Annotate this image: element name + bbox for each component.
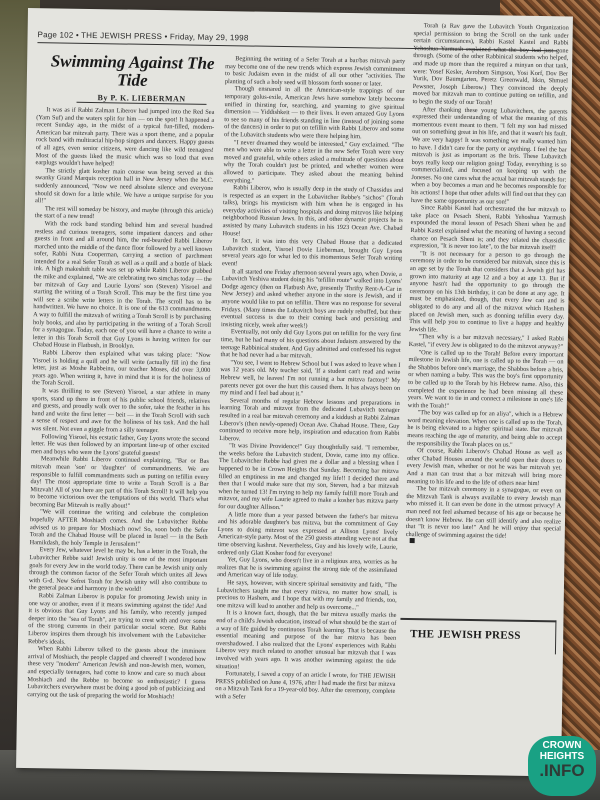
article-column-2: Beginning the writing of a Sefer Torah a… [215,55,405,703]
paragraph: Eventually, not only did Guy Lyons put o… [221,328,401,361]
watermark-line-1: CROWN [528,740,596,751]
article-column-1: It was as if Rabbi Zalman Liberov had ju… [27,106,214,701]
paragraph: It was thrilling to see (Steven) Yisroel… [31,387,210,435]
paragraph: Of course, Rabbi Liberov's Chabad House … [407,447,563,487]
paragraph: "The boy was called up for an aliya", wh… [407,409,563,449]
paragraph: "One is called up to the Torah! Before e… [408,349,564,412]
watermark-line-3: .INFO [528,762,596,780]
ad-box-title: THE JEWISH PRESS [410,628,521,642]
paragraph: Rabbi Liberov, who is usually deep in th… [222,184,403,240]
paragraph: Following Yisroel, his ecstatic father, … [31,433,209,459]
paragraph: Yet, Guy Lyons, who doesn't live in a re… [217,556,397,582]
paragraph: "It is not necessary for a person to go … [409,250,565,336]
paragraph: With the rock band standing behind him a… [33,220,213,352]
newspaper-page: Page 102 • THE JEWISH PRESS • Friday, Ma… [16,8,573,776]
paragraph: The strictly glatt kosher main course wa… [35,167,214,208]
paragraph: Since Rabbi Kastel had orchestrated the … [410,204,566,252]
paragraph: In fact, it was into this very Chabad Ho… [222,237,402,270]
jewish-press-ad-box: THE JEWISH PRESS [400,618,557,654]
paragraph: A little more than a year passed between… [217,511,398,559]
paragraph: When Rabbi Liberov talked to the guests … [27,645,206,701]
paragraph: "We will continue the writing and celebr… [30,509,209,550]
paragraph: "You see, I went to Hebrew School but I … [220,359,401,400]
paragraph: Several months of regular Hebrew lessons… [219,397,400,445]
article-headline: Swimming Against The Tide [45,52,221,91]
paragraph: "It was Divine Providence!" Guy thoughtf… [218,442,399,513]
crownheights-info-watermark: CROWN HEIGHTS .INFO [528,736,596,796]
paragraph: Torah (a Rav gave the Lubavitch Youth Or… [413,22,569,108]
paragraph: Beginning the writing of a Sefer Torah a… [225,55,405,88]
paragraph: Though ensnared in all the American-styl… [224,85,405,141]
paragraph: It is a known fact, though, that the bar… [216,609,397,673]
paragraph: "I never dreamed they would be intereste… [223,139,404,187]
article-byline: By P. K. LIEBERMAN [77,93,207,105]
paragraph: Fortunately, I saved a copy of an articl… [215,670,395,703]
paragraph: He says, however, with sincere spiritual… [217,579,397,612]
paragraph: Meanwhile Rabbi Liberov continued explai… [30,455,209,511]
paragraph: Rabbi Liberov then explained what was ta… [32,349,211,390]
article-column-3: Torah (a Rav gave the Lubavitch Youth Or… [406,22,569,548]
paragraph: It was as if Rabbi Zalman Liberov had ju… [36,106,215,170]
paragraph: Every Jew, whatever level he may be, has… [29,547,208,595]
paragraph: It all started one Friday afternoon seve… [221,268,402,332]
paragraph: The bar mitzvah ceremony in a synagogue,… [406,485,562,541]
paragraph: After thanking these young Lubavitchers,… [411,106,568,207]
end-of-article-mark [410,538,415,543]
paragraph: "Then why is a bar mitzvah necessary," I… [409,333,564,351]
paragraph: Rabbi Zalman Liberov is popular for prom… [28,592,207,648]
